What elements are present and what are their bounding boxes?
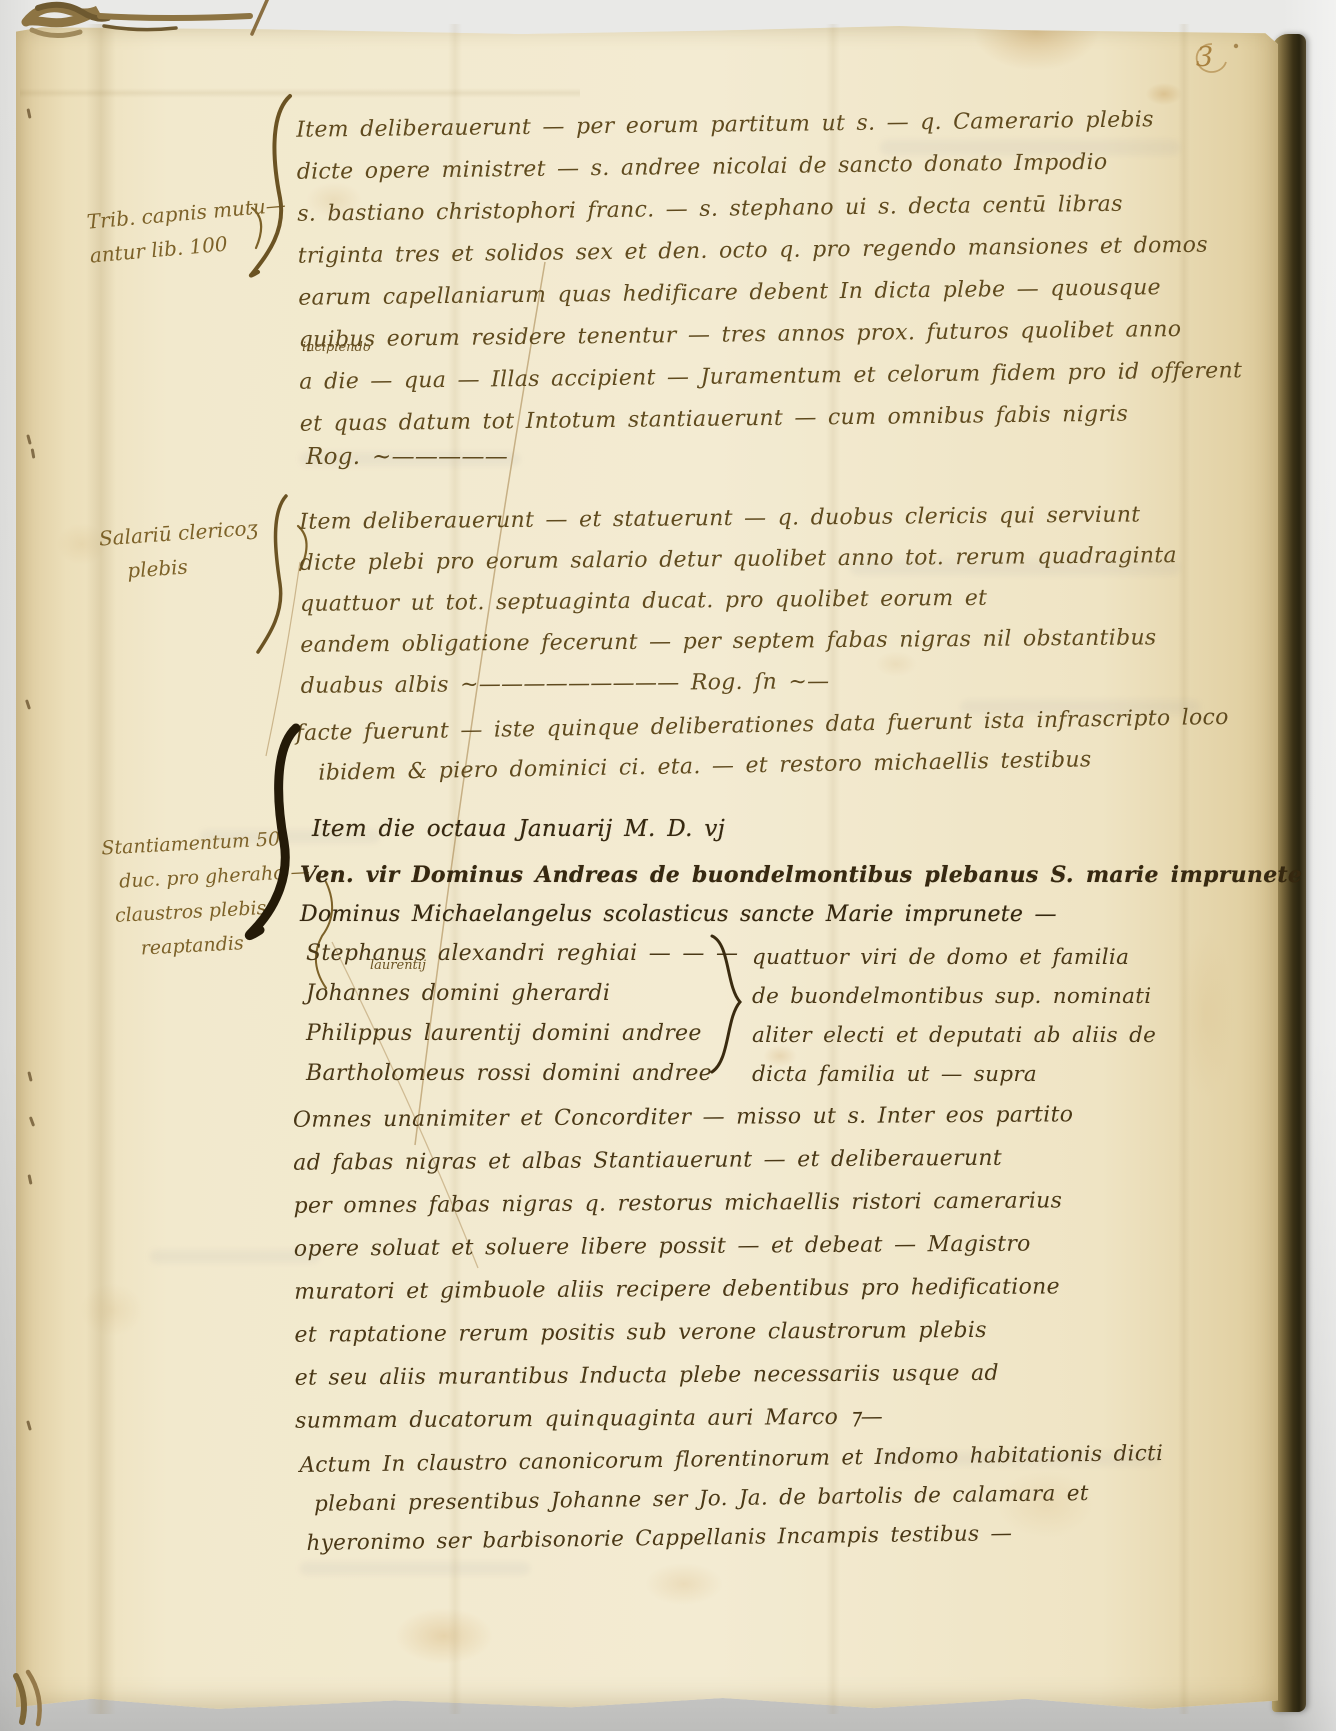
manuscript-line: aliter electi et deputati ab aliis de bbox=[752, 1016, 1156, 1055]
entry-1-text: Item deliberauerunt — per eorum partitum… bbox=[296, 98, 1243, 445]
manuscript-line: summam ducatorum quinquaginta auri Marco… bbox=[295, 1394, 1076, 1442]
list-item: Philippus laurentij domini andree bbox=[306, 1014, 738, 1054]
manuscript-photo: 3 Trib. capnis mutu— antur lib. 100 Sala… bbox=[0, 0, 1336, 1731]
manuscript-line: dicte plebi pro eorum salario detur quol… bbox=[299, 535, 1177, 584]
manuscript-line: ad fabas nigras et albas Stantiauerunt —… bbox=[293, 1136, 1074, 1184]
entry-3-closing: Actum In claustro canonicorum florentino… bbox=[299, 1434, 1164, 1563]
name-list-brace bbox=[704, 934, 748, 1076]
paragraph-bracket-1 bbox=[244, 90, 304, 280]
entry-3-right-column: quattuor viri de domo et familia de buon… bbox=[752, 938, 1156, 1094]
manuscript-line: et seu aliis murantibus Inducta plebe ne… bbox=[295, 1351, 1076, 1399]
interline-insertion: laurentij bbox=[370, 958, 426, 973]
manuscript-line: quattuor viri de domo et familia bbox=[752, 938, 1156, 977]
manuscript-line: opere soluat et soluere libere possit — … bbox=[294, 1222, 1075, 1270]
paragraph-bracket-2 bbox=[252, 492, 296, 657]
manuscript-line: muratori et gimbuole aliis recipere debe… bbox=[294, 1265, 1075, 1313]
entry-3-date: Item die octaua Januarij M. D. vj bbox=[312, 816, 725, 842]
attestation-text: facte fuerunt — iste quinque deliberatio… bbox=[295, 698, 1229, 794]
manuscript-line: Ven. vir Dominus Andreas de buondelmonti… bbox=[300, 855, 1302, 895]
list-item: Bartholomeus rossi domini andree bbox=[306, 1054, 738, 1094]
entry-3-body: Omnes unanimiter et Concorditer — misso … bbox=[293, 1093, 1076, 1442]
entry-1-signature: Rog. ~————— bbox=[306, 444, 508, 470]
manuscript-line: de buondelmontibus sup. nominati bbox=[752, 977, 1156, 1016]
manuscript-line: eandem obligatione fecerunt — per septem… bbox=[300, 617, 1178, 666]
manuscript-line: per omnes fabas nigras q. restorus micha… bbox=[293, 1179, 1074, 1227]
manuscript-line: et raptatione rerum positis sub verone c… bbox=[294, 1308, 1075, 1356]
list-item: Johannes domini gherardi bbox=[306, 974, 738, 1014]
interline-insertion: incipiendo bbox=[302, 340, 371, 355]
manuscript-line: dicta familia ut — supra bbox=[752, 1055, 1156, 1094]
entry-2-text: Item deliberauerunt — et statuerunt — q.… bbox=[299, 494, 1178, 707]
entry-3-header: Ven. vir Dominus Andreas de buondelmonti… bbox=[300, 855, 1302, 935]
manuscript-line: Omnes unanimiter et Concorditer — misso … bbox=[293, 1093, 1074, 1141]
manuscript-line: Dominus Michaelangelus scolasticus sanct… bbox=[300, 895, 1302, 935]
manuscript-line: duabus albis ~————————— Rog. ſn ~— bbox=[301, 658, 1179, 707]
